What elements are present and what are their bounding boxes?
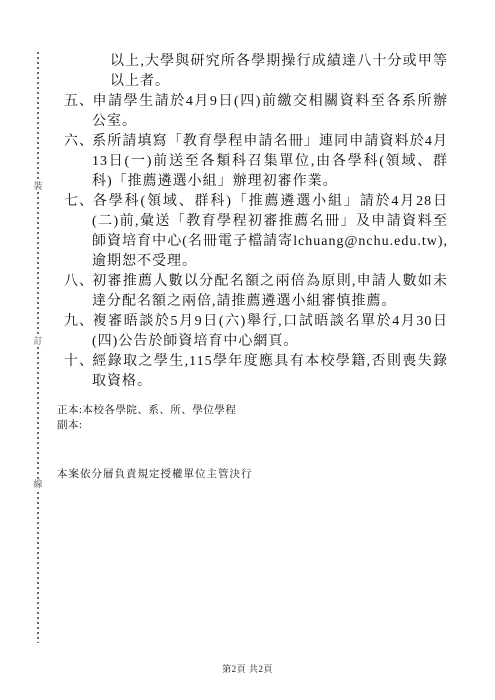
clause-number: 七、 bbox=[64, 192, 92, 212]
distribution-original: 正本:本校各學院、系、所、學位學程 bbox=[57, 403, 236, 418]
clause-number: 九、 bbox=[64, 312, 92, 332]
clause-number: 八、 bbox=[64, 272, 92, 292]
clause-10: 十、經錄取之學生,115學年度應具有本校學籍,否則喪失錄取資格。 bbox=[64, 352, 448, 392]
clause-text: 以上,大學與研究所各學期操行成績達八十分或甲等以上者。 bbox=[110, 54, 448, 89]
document-page: 裝 訂 線 以上,大學與研究所各學期操行成績達八十分或甲等以上者。 五、申請學生… bbox=[0, 0, 495, 700]
clause-text: 系所請填寫「教育學程申請名冊」連同申請資料於4月13日(一)前送至各類科召集單位… bbox=[92, 134, 448, 189]
clause-number: 十、 bbox=[64, 352, 92, 372]
clause-text: 初審推薦人數以分配名額之兩倍為原則,申請人數如未達分配名額之兩倍,請推薦遴選小組… bbox=[92, 274, 448, 309]
clause-9: 九、複審晤談於5月9日(六)舉行,口試晤談名單於4月30日(四)公告於師資培育中… bbox=[64, 312, 448, 352]
clause-text: 經錄取之學生,115學年度應具有本校學籍,否則喪失錄取資格。 bbox=[92, 354, 448, 389]
clause-6: 六、系所請填寫「教育學程申請名冊」連同申請資料於4月13日(一)前送至各類科召集… bbox=[64, 132, 448, 192]
binding-mark-ding: 訂 bbox=[31, 336, 45, 347]
clause-text: 申請學生請於4月9日(四)前繳交相關資料至各系所辦公室。 bbox=[92, 94, 448, 129]
binding-dotted-line bbox=[37, 52, 39, 643]
clause-text: 各學科(領域、群科)「推薦遴選小組」請於4月28日(二)前,彙送「教育學程初審推… bbox=[92, 194, 448, 269]
clause-4-continuation: 以上,大學與研究所各學期操行成績達八十分或甲等以上者。 bbox=[110, 52, 448, 92]
clause-number: 六、 bbox=[64, 132, 92, 152]
distribution-copy: 副本: bbox=[57, 418, 236, 433]
clause-number: 五、 bbox=[64, 92, 92, 112]
binding-mark-xian: 線 bbox=[31, 479, 45, 490]
distribution-block: 正本:本校各學院、系、所、學位學程 副本: bbox=[57, 403, 236, 433]
clause-7: 七、各學科(領域、群科)「推薦遴選小組」請於4月28日(二)前,彙送「教育學程初… bbox=[64, 192, 448, 272]
clause-5: 五、申請學生請於4月9日(四)前繳交相關資料至各系所辦公室。 bbox=[64, 92, 448, 132]
page-number-footer: 第2頁 共2頁 bbox=[0, 662, 495, 675]
clause-8: 八、初審推薦人數以分配名額之兩倍為原則,申請人數如未達分配名額之兩倍,請推薦遴選… bbox=[64, 272, 448, 312]
binding-mark-zhuang: 裝 bbox=[31, 181, 45, 192]
document-body: 以上,大學與研究所各學期操行成績達八十分或甲等以上者。 五、申請學生請於4月9日… bbox=[64, 52, 448, 392]
clause-text: 複審晤談於5月9日(六)舉行,口試晤談名單於4月30日(四)公告於師資培育中心網… bbox=[92, 314, 448, 349]
authority-note: 本案依分層負責規定授權單位主管決行 bbox=[57, 466, 253, 481]
